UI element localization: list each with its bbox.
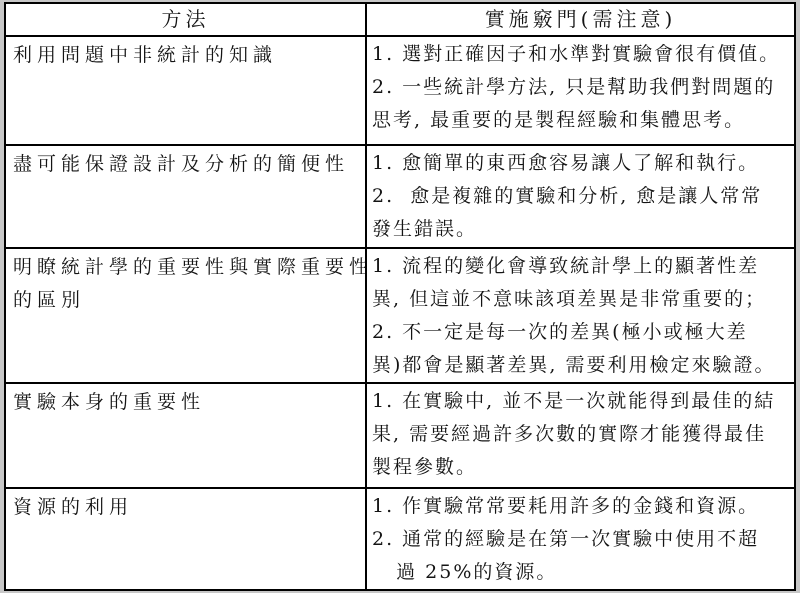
tips-line: 製程參數。: [372, 451, 792, 484]
table-row: 盡可能保證設計及分析的簡便性1. 愈簡單的東西愈容易讓人了解和執行。2. 愈是複…: [5, 145, 795, 248]
header-method: 方法: [5, 3, 366, 36]
method-line: 利用問題中非統計的知識: [13, 39, 361, 72]
tips-line: 2. 一些統計學方法, 只是幫助我們對問題的: [372, 71, 792, 104]
tips-line: 1. 流程的變化會導致統計學上的顯著性差: [372, 250, 792, 283]
tips-line: 1. 選對正確因子和水準對實驗會很有價值。: [372, 38, 792, 71]
methods-table: 方法 實施竅門(需注意) 利用問題中非統計的知識1. 選對正確因子和水準對實驗會…: [4, 2, 796, 591]
table-row: 實驗本身的重要性1. 在實驗中, 並不是一次就能得到最佳的結果, 需要經過許多次…: [5, 383, 795, 488]
tips-line: 2. 不一定是每一次的差異(極小或極大差: [372, 316, 792, 349]
method-cell: 利用問題中非統計的知識: [5, 36, 366, 145]
tips-line: 1. 在實驗中, 並不是一次就能得到最佳的結: [372, 385, 792, 418]
tips-line: 過 25%的資源。: [372, 556, 792, 589]
table-row: 利用問題中非統計的知識1. 選對正確因子和水準對實驗會很有價值。2. 一些統計學…: [5, 36, 795, 145]
tips-line: 1. 作實驗常常要耗用許多的金錢和資源。: [372, 490, 792, 523]
table-row: 資源的利用1. 作實驗常常要耗用許多的金錢和資源。2. 通常的經驗是在第一次實驗…: [5, 488, 795, 590]
tips-line: 思考, 最重要的是製程經驗和集體思考。: [372, 104, 792, 137]
method-line: 實驗本身的重要性: [13, 386, 361, 419]
tips-cell: 1. 愈簡單的東西愈容易讓人了解和執行。2. 愈是複雜的實驗和分析, 愈是讓人常…: [366, 145, 795, 248]
method-line: 的區別: [13, 284, 361, 317]
tips-line: 1. 愈簡單的東西愈容易讓人了解和執行。: [372, 147, 792, 180]
table-header: 方法 實施竅門(需注意): [5, 3, 795, 36]
tips-line: 2. 通常的經驗是在第一次實驗中使用不超: [372, 523, 792, 556]
tips-line: 2. 愈是複雜的實驗和分析, 愈是讓人常常: [372, 180, 792, 213]
method-cell: 盡可能保證設計及分析的簡便性: [5, 145, 366, 248]
tips-line: 異)都會是顯著差異, 需要利用檢定來驗證。: [372, 349, 792, 382]
tips-cell: 1. 作實驗常常要耗用許多的金錢和資源。2. 通常的經驗是在第一次實驗中使用不超…: [366, 488, 795, 590]
tips-line: 發生錯誤。: [372, 213, 792, 246]
page: 方法 實施竅門(需注意) 利用問題中非統計的知識1. 選對正確因子和水準對實驗會…: [0, 0, 800, 593]
method-line: 資源的利用: [13, 491, 361, 524]
tips-line: 果, 需要經過許多次數的實際才能獲得最佳: [372, 418, 792, 451]
method-cell: 資源的利用: [5, 488, 366, 590]
header-row: 方法 實施竅門(需注意): [5, 3, 795, 36]
tips-cell: 1. 流程的變化會導致統計學上的顯著性差異, 但這並不意味該項差異是非常重要的；…: [366, 248, 795, 383]
method-line: 明瞭統計學的重要性與實際重要性: [13, 251, 361, 284]
header-tips: 實施竅門(需注意): [366, 3, 795, 36]
methods-table-container: 方法 實施竅門(需注意) 利用問題中非統計的知識1. 選對正確因子和水準對實驗會…: [4, 2, 796, 591]
table-body: 利用問題中非統計的知識1. 選對正確因子和水準對實驗會很有價值。2. 一些統計學…: [5, 36, 795, 590]
table-row: 明瞭統計學的重要性與實際重要性的區別1. 流程的變化會導致統計學上的顯著性差異,…: [5, 248, 795, 383]
method-cell: 實驗本身的重要性: [5, 383, 366, 488]
tips-line: 異, 但這並不意味該項差異是非常重要的；: [372, 283, 792, 316]
method-cell: 明瞭統計學的重要性與實際重要性的區別: [5, 248, 366, 383]
tips-cell: 1. 在實驗中, 並不是一次就能得到最佳的結果, 需要經過許多次數的實際才能獲得…: [366, 383, 795, 488]
method-line: 盡可能保證設計及分析的簡便性: [13, 148, 361, 181]
tips-cell: 1. 選對正確因子和水準對實驗會很有價值。2. 一些統計學方法, 只是幫助我們對…: [366, 36, 795, 145]
